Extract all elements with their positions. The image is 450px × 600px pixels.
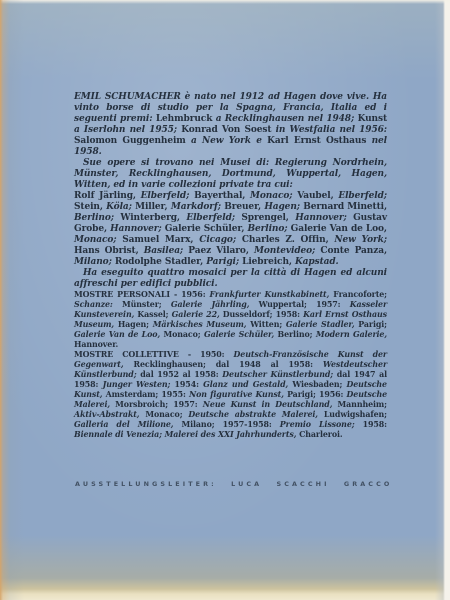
biography-text-block: EMIL SCHUMACHER è nato nel 1912 ad Hagen… [74, 92, 387, 440]
paragraph-solo-exhibitions: MOSTRE PERSONALI - 1956: Frankfurter Kun… [74, 290, 387, 350]
paragraph-group-exhibitions: MOSTRE COLLETTIVE - 1950: Deutsch-Franzö… [74, 350, 387, 440]
exhibition-director-credit: AUSSTELLUNGSLEITER: LUCA SCACCHI GRACCO [75, 480, 395, 488]
paragraph-museums: Sue opere si trovano nei Musei di: Regie… [74, 158, 387, 191]
scanned-catalog-page: EMIL SCHUMACHER è nato nel 1912 ad Hagen… [0, 0, 450, 600]
blue-paper-background: EMIL SCHUMACHER è nato nel 1912 ad Hagen… [0, 0, 450, 600]
paragraph-intro-awards: EMIL SCHUMACHER è nato nel 1912 ad Hagen… [74, 92, 387, 158]
paragraph-mosaics: Ha eseguito quattro mosaici per la città… [74, 268, 387, 290]
paragraph-private-collections: Rolf Järling, Elberfeld; Bayerthal, Mona… [74, 191, 387, 268]
